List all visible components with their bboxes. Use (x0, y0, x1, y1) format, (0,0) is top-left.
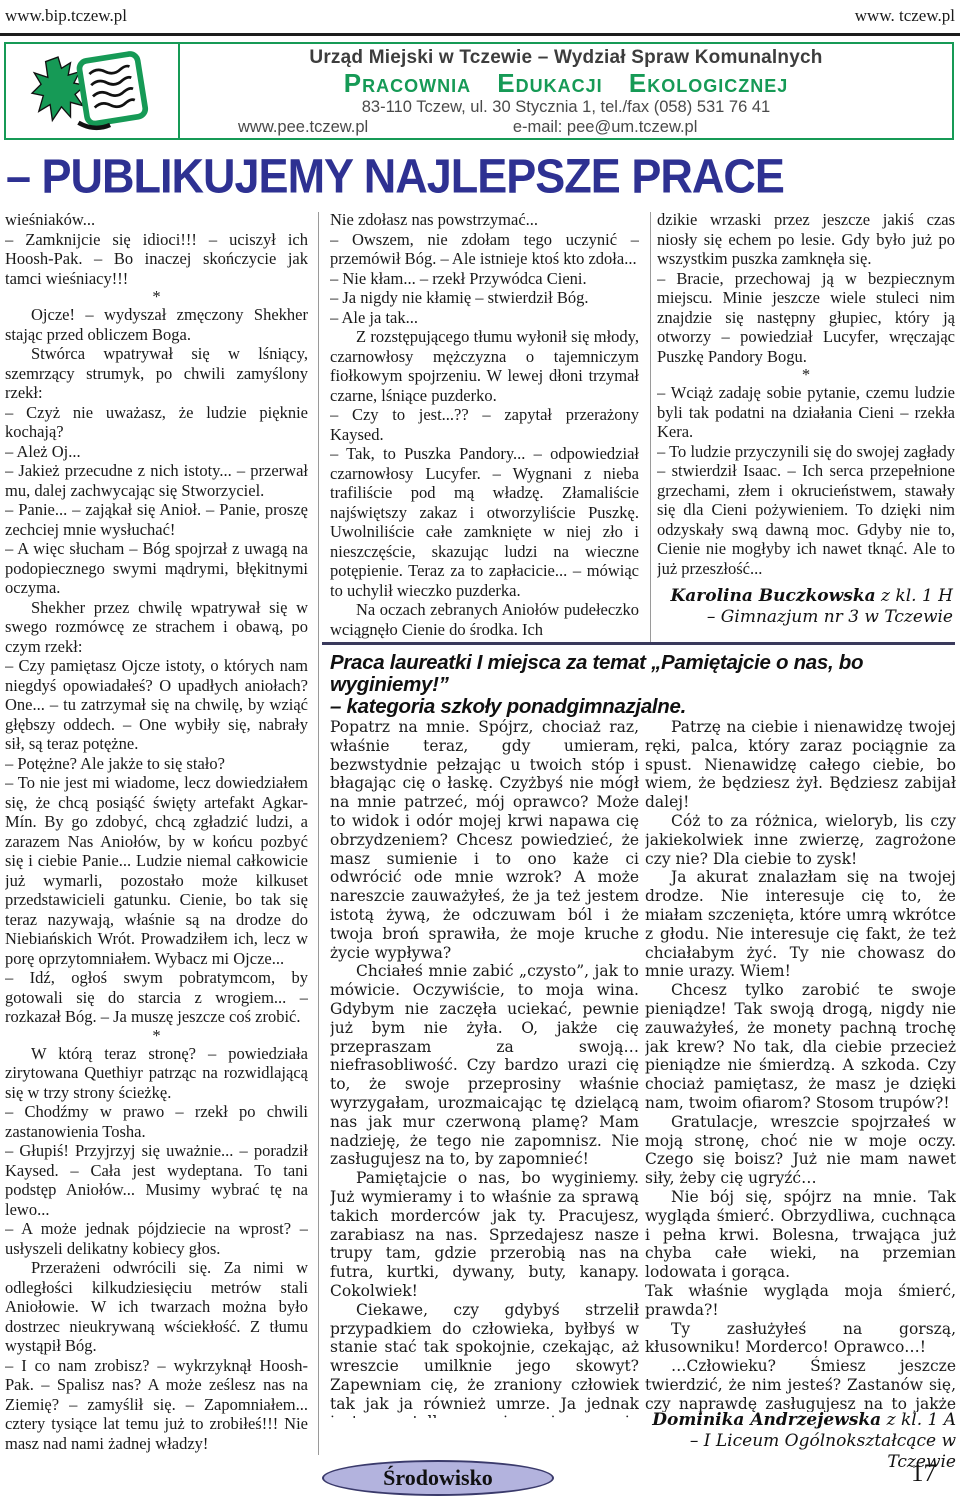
paragraph: Ty zasłużyłeś na gorszą, kłusowniku! Mor… (645, 1320, 956, 1358)
section-divider-rule (322, 642, 955, 645)
paragraph: – Tak, to Puszka Pandory... – odpowiedzi… (330, 444, 639, 600)
paragraph: Ojcze! – wydyszał zmęczony Shekher stają… (5, 305, 308, 344)
book-shape (78, 53, 146, 125)
top-url-bar: www.bip.tczew.pl www. tczew.pl (5, 6, 955, 30)
section-badge-label: Środowisko (383, 1465, 493, 1491)
section2-heading-line2: – kategoria szkoły ponadgimnazjalne. (330, 696, 956, 718)
dept-name: Pracownia Edukacji Ekologicznej (180, 69, 952, 97)
section2-heading: Praca laureatki I miejsca za temat „Pami… (330, 652, 956, 718)
author-school: – Gimnazjum nr 3 w Tczewie (657, 607, 953, 628)
story1-column-2: Nie zdołasz nas powstrzymać...– Owszem, … (330, 210, 639, 642)
address-line: 83-110 Tczew, ul. 30 Stycznia 1, tel./fa… (180, 98, 952, 117)
paragraph: Gratulacje, wreszcie spojrzałeś w moją s… (645, 1113, 956, 1188)
author-line: Karolina Buczkowska z kl. 1 H (657, 586, 953, 607)
paragraph: – To nie jest mi wiadome, lecz dowiedzia… (5, 773, 308, 968)
paragraph: – Czyż nie uważasz, że ludzie pięknie ko… (5, 403, 308, 442)
paragraph: – Czy to jest...?? – zapytał przerażony … (330, 405, 639, 444)
paragraph: – Bracie, przechowaj ją w bezpiecznym mi… (657, 269, 955, 367)
paragraph: Na oczach zebranych Aniołów pudełeczko w… (330, 600, 639, 639)
paragraph: Nie zdołasz nas powstrzymać... (330, 210, 639, 230)
paragraph: – Jakież przecudne z nich istoty... – pr… (5, 461, 308, 500)
author-name: Karolina Buczkowska (670, 586, 875, 606)
story2-column-1: Popatrz na mnie. Spójrz, chociaż raz, wł… (330, 718, 639, 1418)
paragraph: – To ludzie przyczynili się do swojej za… (657, 442, 955, 579)
paragraph: * (5, 288, 308, 305)
paragraph: Popatrz na mnie. Spójrz, chociaż raz, wł… (330, 718, 639, 962)
bip-url-link[interactable]: www.bip.tczew.pl (5, 6, 127, 26)
masthead: Urząd Miejski w Tczewie – Wydział Spraw … (4, 42, 954, 140)
section2-heading-line1: Praca laureatki I miejsca za temat „Pami… (330, 652, 956, 696)
contact-line: www.pee.tczew.pl e-mail: pee@um.tczew.pl (180, 118, 952, 137)
column-divider-left (318, 212, 319, 1455)
masthead-text: Urząd Miejski w Tczewie – Wydział Spraw … (180, 44, 952, 138)
paragraph: wieśniaków... (5, 210, 308, 230)
paragraph: – Czy pamiętasz Ojcze istoty, o których … (5, 656, 308, 754)
column-divider-right (650, 212, 651, 642)
top-rule (0, 33, 960, 36)
pee-email-link[interactable]: e-mail: pee@um.tczew.pl (513, 118, 808, 137)
story1-author-block: Karolina Buczkowska z kl. 1 H – Gimnazju… (657, 586, 953, 628)
page-number: 17 (911, 1460, 936, 1488)
paragraph: Ciekawe, czy gdybyś strzelił przypadkiem… (330, 1301, 639, 1418)
story2-column-2: Patrzę na ciebie i nienawidzę twojej ręk… (645, 718, 956, 1412)
leaf-open-book-icon (22, 48, 162, 134)
page-title: – PUBLIKUJEMY NAJLEPSZE PRACE (6, 148, 946, 204)
paragraph: Nie bój się, spójrz na mnie. Tak wygląda… (645, 1188, 956, 1282)
paragraph: W którą teraz stronę? – powiedziała ziry… (5, 1044, 308, 1103)
paragraph: Stwórca wpatrywał się w lśniący, szemrzą… (5, 344, 308, 403)
paragraph: – Ale ja tak... (330, 308, 639, 328)
paragraph: Pamiętajcie o nas, bo wyginiemy. Już wym… (330, 1169, 639, 1301)
paragraph: Chciałeś mnie zabić „czysto”, jak to mów… (330, 962, 639, 1169)
paragraph: – Głupiś! Przyjrzyj się uważnie... – por… (5, 1141, 308, 1219)
magazine-page: www.bip.tczew.pl www. tczew.pl Urząd Mie… (0, 0, 960, 1498)
paragraph: Patrzę na ciebie i nienawidzę twojej ręk… (645, 718, 956, 812)
author-school: – I Liceum Ogólnokształcące w Tczewie (640, 1431, 956, 1473)
paragraph: – Zamknijcie się idioci!!! – uciszył ich… (5, 230, 308, 289)
paragraph: – Potężne? Ale jakże to się stało? (5, 754, 308, 774)
paragraph: * (657, 366, 955, 383)
paragraph: – I co nam zrobisz? – wykrzyknął Hoosh-P… (5, 1356, 308, 1454)
author-class: z kl. 1 H (876, 586, 953, 606)
paragraph: – Wciąż zadaję sobie pytanie, czemu ludz… (657, 383, 955, 442)
story2-author-block: Dominika Andrzejewska z kl. 1 A – I Lice… (640, 1410, 956, 1473)
paragraph: – Owszem, nie zdołam tego uczynić – prze… (330, 230, 639, 269)
eco-logo-cell (6, 44, 180, 138)
org-name: Urząd Miejski w Tczewie – Wydział Spraw … (180, 47, 952, 69)
story1-column-1: wieśniaków...– Zamknijcie się idioci!!! … (5, 210, 308, 1458)
pee-website-link[interactable]: www.pee.tczew.pl (238, 118, 368, 137)
paragraph: * (5, 1027, 308, 1044)
paragraph: Chcesz tylko zarobić te swoje pieniądze!… (645, 981, 956, 1113)
author-class: z kl. 1 A (881, 1410, 956, 1430)
city-url-link[interactable]: www. tczew.pl (855, 6, 955, 26)
paragraph: – Nie kłam... – rzekł Przywódca Cieni. (330, 269, 639, 289)
paragraph: – A więc słucham – Bóg spojrzał z uwagą … (5, 539, 308, 598)
paragraph: – Ja nigdy nie kłamię – stwierdził Bóg. (330, 288, 639, 308)
paragraph: Ja akurat znalazłam się na twojej drodze… (645, 868, 956, 981)
paragraph: – Panie... – zająkał się Anioł. – Panie,… (5, 500, 308, 539)
author-name: Dominika Andrzejewska (652, 1410, 881, 1430)
story1-column-3: dzikie wrzaski przez jeszcze jakiś czas … (657, 210, 955, 582)
paragraph: Z rozstępującego tłumu wyłonił się młody… (330, 327, 639, 405)
author-line: Dominika Andrzejewska z kl. 1 A (640, 1410, 956, 1431)
paragraph: – A może jednak pójdziecie na wprost? – … (5, 1219, 308, 1258)
section-badge: Środowisko (322, 1460, 554, 1496)
paragraph: Tak właśnie wygląda moja śmierć, prawda?… (645, 1282, 956, 1320)
paragraph: – Ależ Oj... (5, 442, 308, 462)
paragraph: …Człowieku? Śmiesz jeszcze twierdzić, że… (645, 1357, 956, 1412)
paragraph: – Idź, ogłoś swym pobratymcom, by gotowa… (5, 968, 308, 1027)
paragraph: Przerażeni odwrócili się. Za nimi w odle… (5, 1258, 308, 1356)
paragraph: Shekher przez chwilę wpatrywał się w swe… (5, 598, 308, 657)
paragraph: – Chodźmy w prawo – rzekł po chwili zast… (5, 1102, 308, 1141)
paragraph: dzikie wrzaski przez jeszcze jakiś czas … (657, 210, 955, 269)
paragraph: Cóż to za różnica, wieloryb, lis czy jak… (645, 812, 956, 868)
